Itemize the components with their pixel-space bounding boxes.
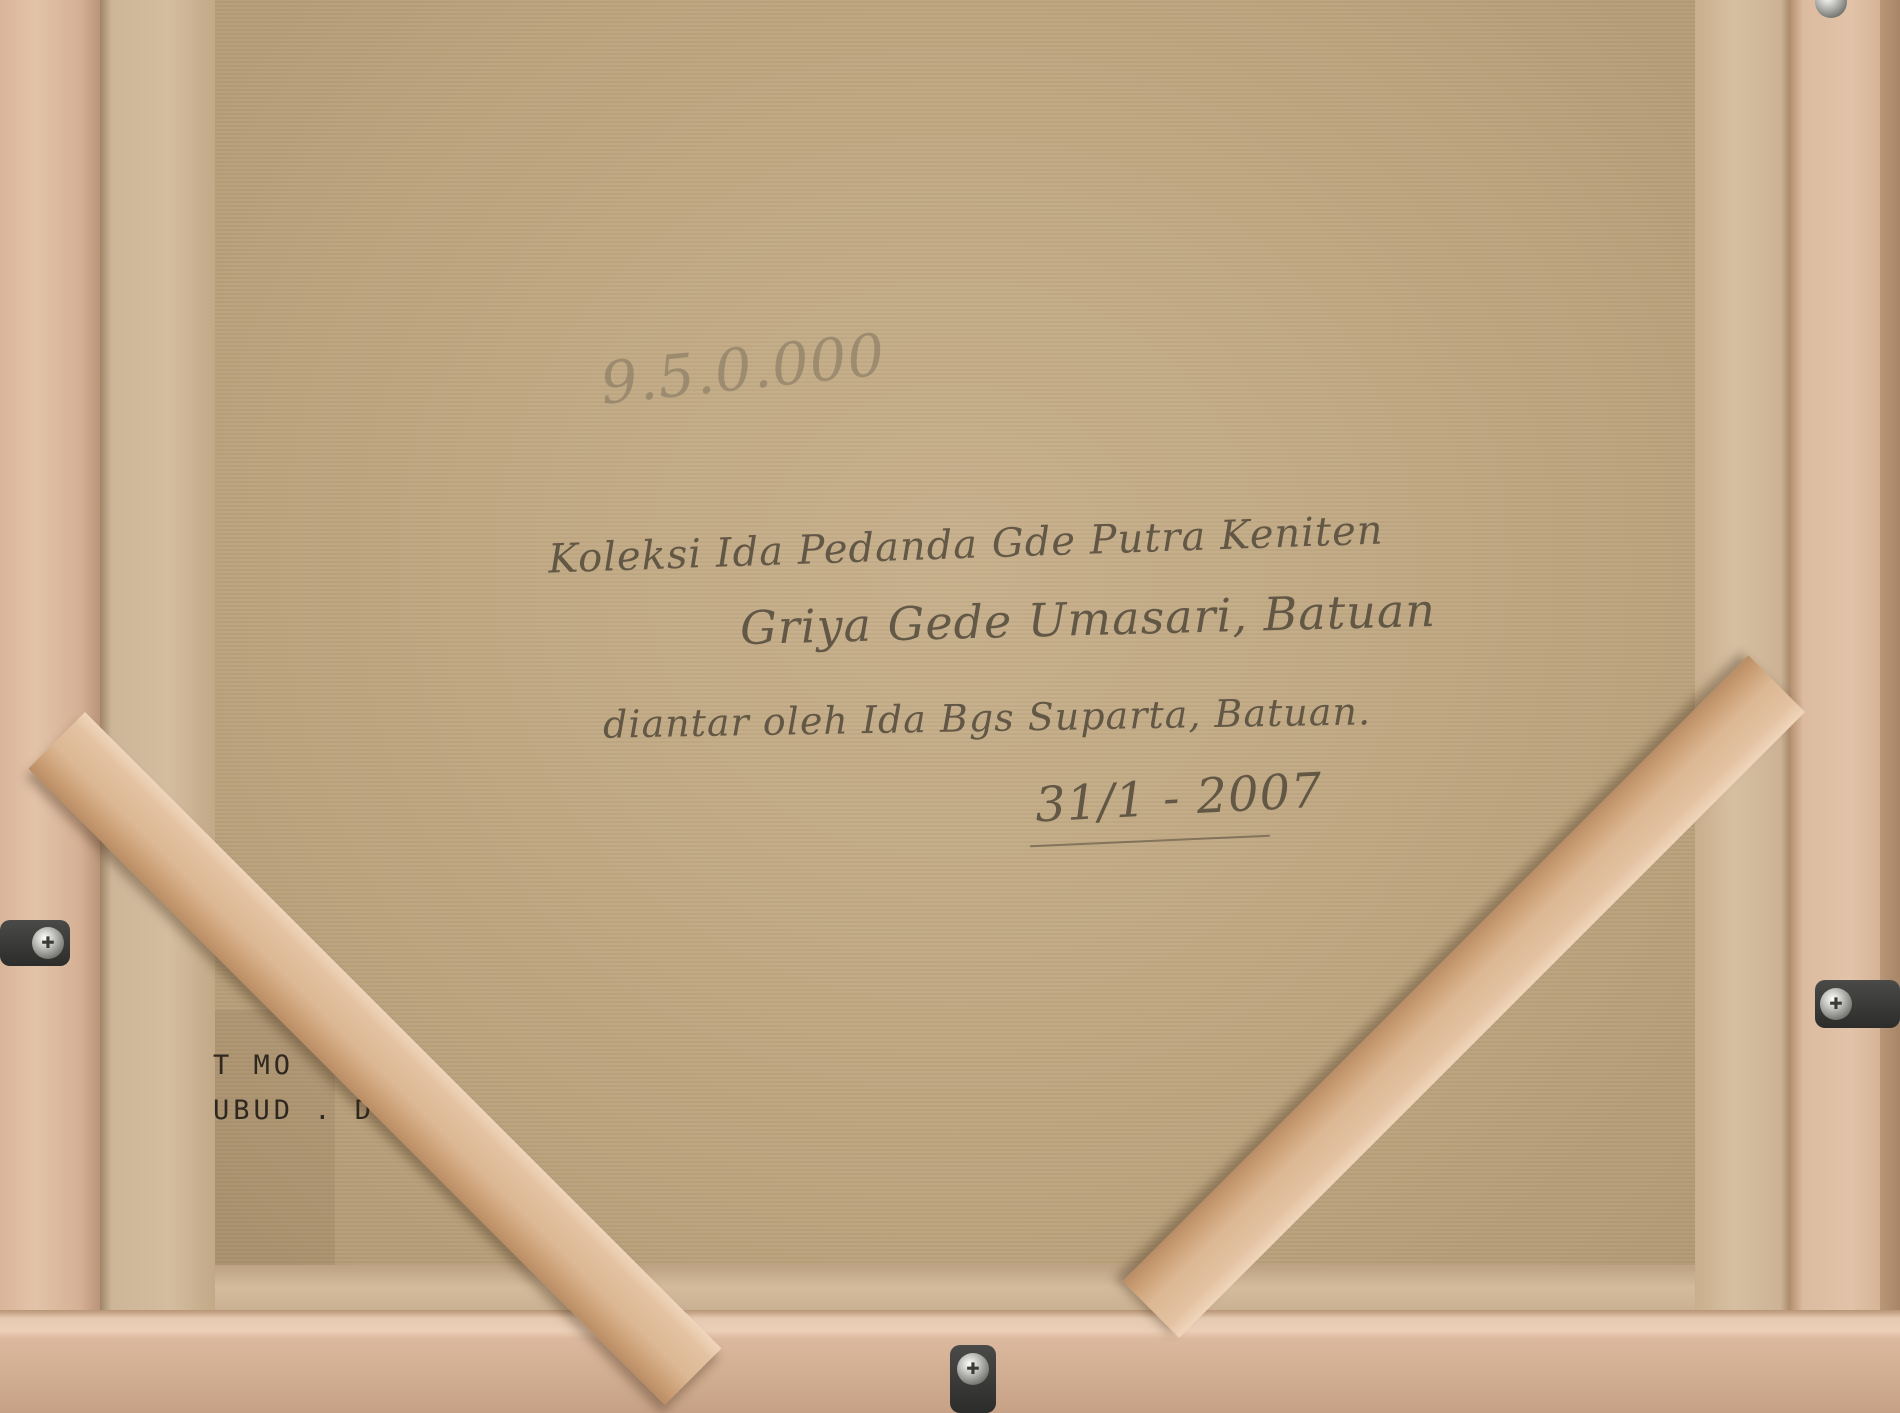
screw-icon: ✚ — [957, 1353, 989, 1385]
screw-icon: ✚ — [32, 927, 64, 959]
canvas-fold-left — [100, 0, 215, 1310]
canvas-fold-bottom — [215, 1265, 1695, 1310]
bottom-clip: ✚ — [950, 1345, 996, 1413]
stamp-line-2: UBUD . D — [213, 1095, 375, 1126]
stamp-line-1: T MO — [213, 1050, 294, 1081]
right-clip: ✚ — [1815, 980, 1900, 1028]
stretcher-frame-left — [0, 0, 100, 1413]
screw-icon: ✚ — [1820, 988, 1852, 1020]
left-clip: ✚ — [0, 920, 70, 966]
canvas-fold-right — [1695, 0, 1790, 1310]
frame-right-outer-edge — [1880, 0, 1900, 1413]
